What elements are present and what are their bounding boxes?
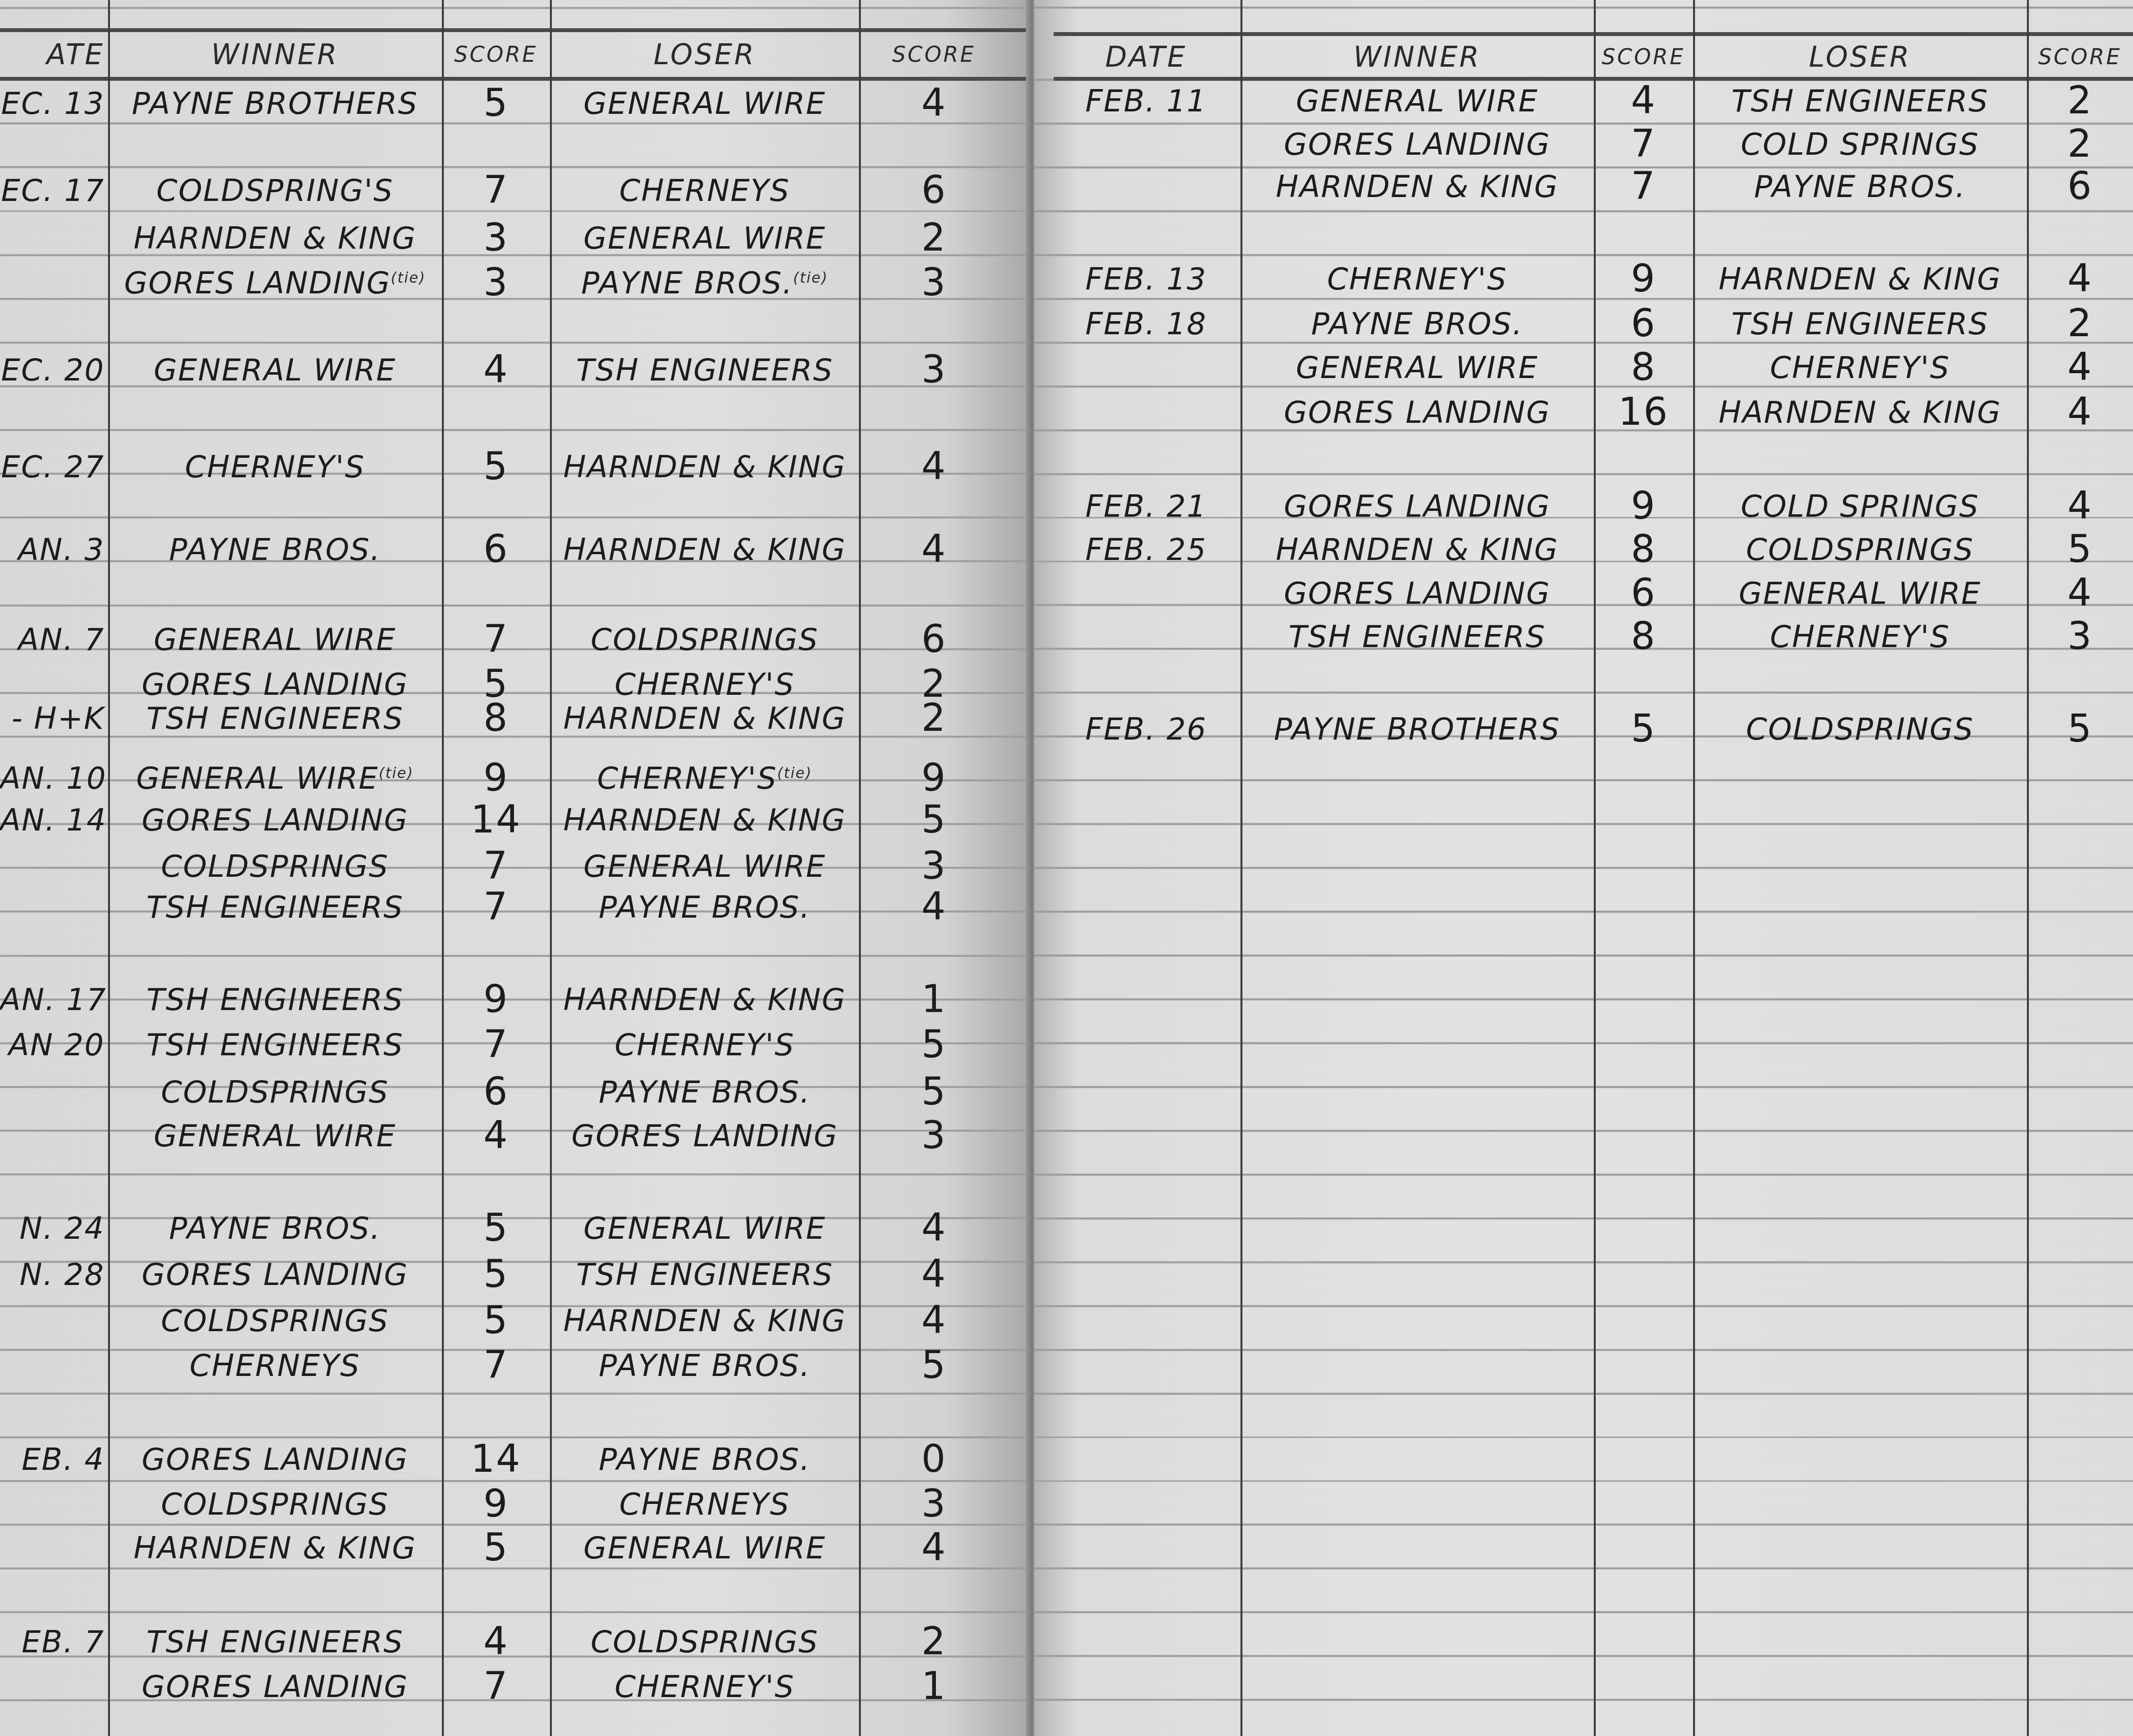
loser-team: General Wire bbox=[1695, 576, 2025, 611]
winner-score: 4 bbox=[444, 348, 548, 392]
winner-team: General Wire bbox=[112, 622, 438, 657]
loser-score: 1 bbox=[861, 977, 1007, 1021]
loser-team: Coldsprings bbox=[552, 1624, 857, 1660]
winner-team: Coldsprings bbox=[112, 1303, 438, 1338]
winner-score: 5 bbox=[444, 1526, 548, 1570]
row-date: N. 24 bbox=[0, 1211, 109, 1246]
winner-team: Gores Landing bbox=[1242, 395, 1592, 430]
loser-score: 4 bbox=[861, 527, 1007, 571]
loser-team: Harnden & King bbox=[552, 701, 857, 736]
row-date: AN. 14 bbox=[0, 802, 109, 838]
winner-team: TSH Engineers bbox=[112, 1027, 438, 1063]
winner-team: Gores Landing(tie) bbox=[112, 265, 438, 301]
winner-score: 7 bbox=[1596, 164, 1691, 208]
loser-score: 5 bbox=[2029, 707, 2131, 751]
row-date: EC. 20 bbox=[0, 352, 109, 388]
winner-score: 16 bbox=[1596, 390, 1691, 434]
header-winner: WINNER bbox=[1242, 40, 1592, 73]
winner-score: 8 bbox=[1596, 345, 1691, 389]
row-date: N. 28 bbox=[0, 1257, 109, 1292]
winner-team: Harnden & King bbox=[1242, 532, 1592, 567]
header-date: DATE bbox=[1054, 40, 1239, 73]
loser-score: 3 bbox=[861, 348, 1007, 392]
row-date: Feb. 26 bbox=[1054, 711, 1239, 747]
winner-team: Coldsprings bbox=[112, 1074, 438, 1110]
header-top-rule bbox=[1054, 32, 2133, 36]
winner-score: 7 bbox=[444, 844, 548, 888]
loser-score: 4 bbox=[2029, 571, 2131, 615]
tie-note: (tie) bbox=[379, 765, 414, 782]
winner-team: Cherneys bbox=[112, 1348, 438, 1383]
row-date: EC. 27 bbox=[0, 449, 109, 485]
winner-score: 7 bbox=[444, 168, 548, 212]
winner-team: Payne Bros. bbox=[112, 1211, 438, 1246]
loser-score: 6 bbox=[2029, 164, 2131, 208]
row-date: EB. 4 bbox=[0, 1442, 109, 1477]
column-divider bbox=[1240, 0, 1242, 1736]
winner-score: 8 bbox=[1596, 527, 1691, 571]
row-date: Feb. 18 bbox=[1054, 306, 1239, 342]
header-loser: LOSER bbox=[1695, 40, 2025, 73]
tie-note: (tie) bbox=[777, 765, 812, 782]
tie-note: (tie) bbox=[793, 270, 828, 287]
winner-score: 7 bbox=[444, 1343, 548, 1387]
loser-score: 5 bbox=[861, 1070, 1007, 1114]
winner-score: 14 bbox=[444, 1437, 548, 1481]
loser-team: Payne Bros. bbox=[552, 1074, 857, 1110]
loser-score: 5 bbox=[2029, 527, 2131, 571]
winner-team: Harnden & King bbox=[112, 220, 438, 256]
winner-score: 7 bbox=[444, 885, 548, 929]
loser-team: Cherneys bbox=[552, 173, 857, 208]
winner-score: 4 bbox=[444, 1114, 548, 1157]
header-bottom-rule bbox=[0, 77, 1029, 81]
loser-score: 4 bbox=[861, 1206, 1007, 1250]
loser-score: 2 bbox=[861, 216, 1007, 260]
row-date: Feb. 13 bbox=[1054, 261, 1239, 297]
loser-team: Coldsprings bbox=[1695, 532, 2025, 567]
winner-score: 5 bbox=[444, 445, 548, 488]
winner-team: Payne Bros. bbox=[112, 532, 438, 567]
loser-score: 2 bbox=[2029, 122, 2131, 166]
winner-team: General Wire bbox=[112, 352, 438, 388]
loser-score: 2 bbox=[2029, 302, 2131, 345]
winner-team: Gores Landing bbox=[112, 667, 438, 702]
loser-team: Payne Bros. bbox=[552, 889, 857, 925]
row-date: AN. 3 bbox=[0, 532, 109, 567]
winner-team: General Wire bbox=[1242, 350, 1592, 385]
header-loser-score: SCORE bbox=[2029, 45, 2131, 70]
loser-team: Cherneys bbox=[552, 1486, 857, 1522]
winner-team: TSH Engineers bbox=[112, 701, 438, 736]
loser-team: Cherney's(tie) bbox=[552, 760, 857, 796]
loser-team: TSH Engineers bbox=[1695, 83, 2025, 119]
loser-team: Cherney's bbox=[552, 1669, 857, 1704]
loser-team: General Wire bbox=[552, 1530, 857, 1566]
loser-score: 4 bbox=[861, 1299, 1007, 1342]
loser-team: General Wire bbox=[552, 1211, 857, 1246]
loser-score: 9 bbox=[861, 756, 1007, 800]
header-top-rule bbox=[0, 28, 1029, 32]
loser-team: Payne Bros. bbox=[552, 1348, 857, 1383]
loser-team: Cherney's bbox=[1695, 350, 2025, 385]
row-date: Feb. 11 bbox=[1054, 83, 1239, 119]
row-date: EC. 17 bbox=[0, 173, 109, 208]
loser-team: Harnden & King bbox=[552, 802, 857, 838]
winner-score: 5 bbox=[444, 1299, 548, 1342]
row-date: Feb. 21 bbox=[1054, 488, 1239, 524]
winner-team: Gores Landing bbox=[1242, 576, 1592, 611]
loser-team: General Wire bbox=[552, 220, 857, 256]
winner-team: Coldsprings bbox=[112, 849, 438, 884]
header-date: ATE bbox=[0, 38, 109, 71]
winner-team: Cherney's bbox=[112, 449, 438, 485]
header-bottom-rule bbox=[1054, 77, 2133, 81]
row-date: AN 20 bbox=[0, 1027, 109, 1063]
winner-score: 7 bbox=[444, 1664, 548, 1708]
loser-score: 3 bbox=[2029, 615, 2131, 658]
loser-team: Cold Springs bbox=[1695, 488, 2025, 524]
loser-score: 4 bbox=[2029, 257, 2131, 301]
loser-team: Cherney's bbox=[1695, 619, 2025, 654]
row-date: EC. 13 bbox=[0, 86, 109, 121]
winner-team: Gores Landing bbox=[112, 1257, 438, 1292]
winner-score: 6 bbox=[1596, 571, 1691, 615]
row-date: Feb. 25 bbox=[1054, 532, 1239, 567]
row-date: AN. 10 bbox=[0, 760, 109, 796]
loser-score: 4 bbox=[861, 81, 1007, 125]
winner-score: 8 bbox=[444, 696, 548, 740]
winner-team: TSH Engineers bbox=[112, 982, 438, 1017]
header-winner-score: SCORE bbox=[444, 42, 548, 67]
loser-team: Harnden & King bbox=[552, 532, 857, 567]
loser-team: Harnden & King bbox=[552, 982, 857, 1017]
winner-team: Gores Landing bbox=[112, 1442, 438, 1477]
row-date: AN. 17 bbox=[0, 982, 109, 1017]
winner-team: Payne Brothers bbox=[112, 86, 438, 121]
loser-team: Coldsprings bbox=[552, 622, 857, 657]
loser-team: TSH Engineers bbox=[552, 352, 857, 388]
winner-team: Cherney's bbox=[1242, 261, 1592, 297]
loser-score: 5 bbox=[861, 1343, 1007, 1387]
loser-team: Cherney's bbox=[552, 667, 857, 702]
winner-team: Coldsprings bbox=[112, 1486, 438, 1522]
loser-team: Harnden & King bbox=[552, 449, 857, 485]
winner-score: 7 bbox=[1596, 122, 1691, 166]
row-date: EB. 7 bbox=[0, 1624, 109, 1660]
loser-team: General Wire bbox=[552, 86, 857, 121]
winner-score: 5 bbox=[444, 1252, 548, 1296]
row-date: - H+K bbox=[0, 701, 109, 736]
winner-team: Harnden & King bbox=[1242, 169, 1592, 204]
winner-score: 9 bbox=[444, 756, 548, 800]
winner-team: Coldspring's bbox=[112, 173, 438, 208]
loser-score: 4 bbox=[861, 885, 1007, 929]
loser-score: 2 bbox=[861, 1620, 1007, 1664]
ruled-lines bbox=[1034, 0, 2133, 1736]
winner-team: General Wire bbox=[112, 1118, 438, 1154]
winner-score: 3 bbox=[444, 216, 548, 260]
header-loser: LOSER bbox=[552, 38, 857, 71]
right-ledger-page: DATEWINNERSCORELOSERSCOREFeb. 11General … bbox=[1034, 0, 2133, 1736]
winner-team: Payne Brothers bbox=[1242, 711, 1592, 747]
row-date: AN. 7 bbox=[0, 622, 109, 657]
winner-score: 3 bbox=[444, 261, 548, 305]
winner-score: 4 bbox=[444, 1620, 548, 1664]
loser-team: Gores Landing bbox=[552, 1118, 857, 1154]
winner-score: 4 bbox=[1596, 79, 1691, 123]
winner-score: 9 bbox=[444, 977, 548, 1021]
winner-team: Gores Landing bbox=[1242, 488, 1592, 524]
loser-team: General Wire bbox=[552, 849, 857, 884]
loser-score: 2 bbox=[2029, 79, 2131, 123]
winner-team: Gores Landing bbox=[112, 1669, 438, 1704]
loser-score: 4 bbox=[861, 1526, 1007, 1570]
winner-score: 9 bbox=[444, 1482, 548, 1526]
winner-team: TSH Engineers bbox=[112, 889, 438, 925]
winner-score: 14 bbox=[444, 798, 548, 842]
loser-score: 6 bbox=[861, 168, 1007, 212]
winner-team: TSH Engineers bbox=[1242, 619, 1592, 654]
loser-team: Payne Bros.(tie) bbox=[552, 265, 857, 301]
loser-team: TSH Engineers bbox=[1695, 306, 2025, 342]
winner-team: Payne Bros. bbox=[1242, 306, 1592, 342]
header-loser-score: SCORE bbox=[861, 42, 1007, 67]
loser-team: Cold Springs bbox=[1695, 127, 2025, 162]
loser-score: 5 bbox=[861, 1023, 1007, 1067]
loser-score: 2 bbox=[861, 696, 1007, 740]
tie-note: (tie) bbox=[391, 270, 426, 287]
winner-team: Gores Landing bbox=[1242, 127, 1592, 162]
winner-score: 6 bbox=[444, 1070, 548, 1114]
loser-score: 4 bbox=[2029, 345, 2131, 389]
loser-score: 3 bbox=[861, 1482, 1007, 1526]
header-winner: WINNER bbox=[112, 38, 438, 71]
loser-score: 4 bbox=[2029, 484, 2131, 528]
loser-score: 1 bbox=[861, 1664, 1007, 1708]
loser-score: 3 bbox=[861, 1114, 1007, 1157]
winner-score: 8 bbox=[1596, 615, 1691, 658]
loser-team: Harnden & King bbox=[552, 1303, 857, 1338]
loser-team: Coldsprings bbox=[1695, 711, 2025, 747]
winner-team: Harnden & King bbox=[112, 1530, 438, 1566]
loser-score: 3 bbox=[861, 261, 1007, 305]
loser-team: Cherney's bbox=[552, 1027, 857, 1063]
loser-score: 5 bbox=[861, 798, 1007, 842]
loser-team: TSH Engineers bbox=[552, 1257, 857, 1292]
loser-score: 3 bbox=[861, 844, 1007, 888]
winner-score: 5 bbox=[444, 81, 548, 125]
winner-team: General Wire(tie) bbox=[112, 760, 438, 796]
winner-score: 9 bbox=[1596, 484, 1691, 528]
loser-score: 6 bbox=[861, 617, 1007, 661]
header-winner-score: SCORE bbox=[1596, 45, 1691, 70]
column-divider bbox=[1693, 0, 1695, 1736]
loser-team: Payne Bros. bbox=[1695, 169, 2025, 204]
winner-score: 7 bbox=[444, 1023, 548, 1067]
winner-team: Gores Landing bbox=[112, 802, 438, 838]
winner-score: 6 bbox=[444, 527, 548, 571]
loser-score: 4 bbox=[861, 1252, 1007, 1296]
loser-score: 4 bbox=[2029, 390, 2131, 434]
loser-score: 0 bbox=[861, 1437, 1007, 1481]
winner-team: TSH Engineers bbox=[112, 1624, 438, 1660]
loser-team: Payne Bros. bbox=[552, 1442, 857, 1477]
loser-score: 4 bbox=[861, 445, 1007, 488]
loser-team: Harnden & King bbox=[1695, 261, 2025, 297]
loser-team: Harnden & King bbox=[1695, 395, 2025, 430]
winner-score: 5 bbox=[444, 1206, 548, 1250]
winner-score: 7 bbox=[444, 617, 548, 661]
winner-team: General Wire bbox=[1242, 83, 1592, 119]
winner-score: 9 bbox=[1596, 257, 1691, 301]
winner-score: 6 bbox=[1596, 302, 1691, 345]
left-ledger-page: ATEWINNERSCORELOSERSCOREEC. 13Payne Brot… bbox=[0, 0, 1029, 1736]
winner-score: 5 bbox=[1596, 707, 1691, 751]
